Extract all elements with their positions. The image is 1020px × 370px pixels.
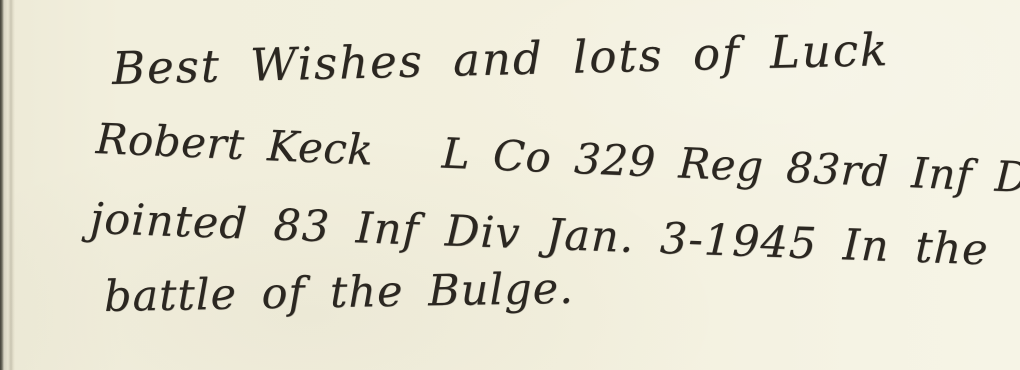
handwritten-line-battle: battle of the Bulge. bbox=[104, 268, 575, 319]
page-left-edge-shadow bbox=[0, 0, 15, 370]
handwritten-line-joined-date: jointed 83 Inf Div Jan. 3-1945 In the bbox=[89, 198, 989, 272]
handwritten-line-best-wishes: Best Wishes and lots of Luck bbox=[111, 27, 889, 91]
scanned-page: Best Wishes and lots of Luck Robert Keck… bbox=[0, 0, 1020, 370]
handwritten-line-signature-unit: Robert Keck L Co 329 Reg 83rd Inf Div bbox=[95, 118, 1020, 201]
